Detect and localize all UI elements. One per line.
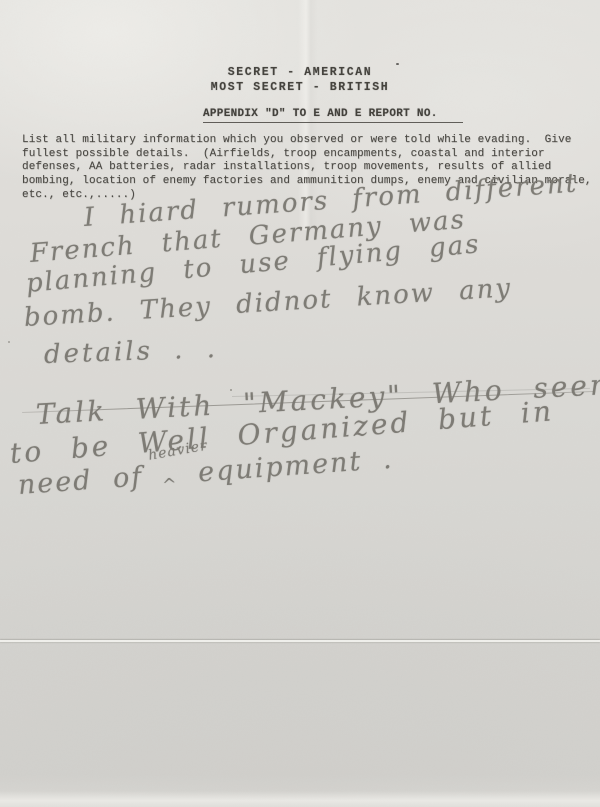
document-page: SECRET - AMERICAN MOST SECRET - BRITISH … <box>0 0 600 807</box>
ink-speck <box>396 63 399 65</box>
classification-header: SECRET - AMERICAN MOST SECRET - BRITISH <box>0 66 600 95</box>
classification-line-british: MOST SECRET - BRITISH <box>0 81 600 96</box>
pencil-speck <box>8 341 10 343</box>
instructions-line: List all military information which you … <box>22 134 588 148</box>
instructions-line: fullest possible details. (Airfields, tr… <box>22 148 588 162</box>
page-bottom-edge <box>0 791 600 807</box>
appendix-heading: APPENDIX "D" TO E AND E REPORT NO. <box>203 108 463 123</box>
handwritten-entry1-line5: details . . <box>43 334 218 370</box>
appendix-heading-text: APPENDIX "D" TO E AND E REPORT NO. <box>203 108 438 120</box>
pencil-speck <box>230 389 232 391</box>
insertion-mark-group: heavier^ <box>164 473 179 484</box>
fold-crease <box>0 640 600 642</box>
caret-mark: ^ <box>162 475 180 496</box>
classification-line-american: SECRET - AMERICAN <box>0 66 600 81</box>
